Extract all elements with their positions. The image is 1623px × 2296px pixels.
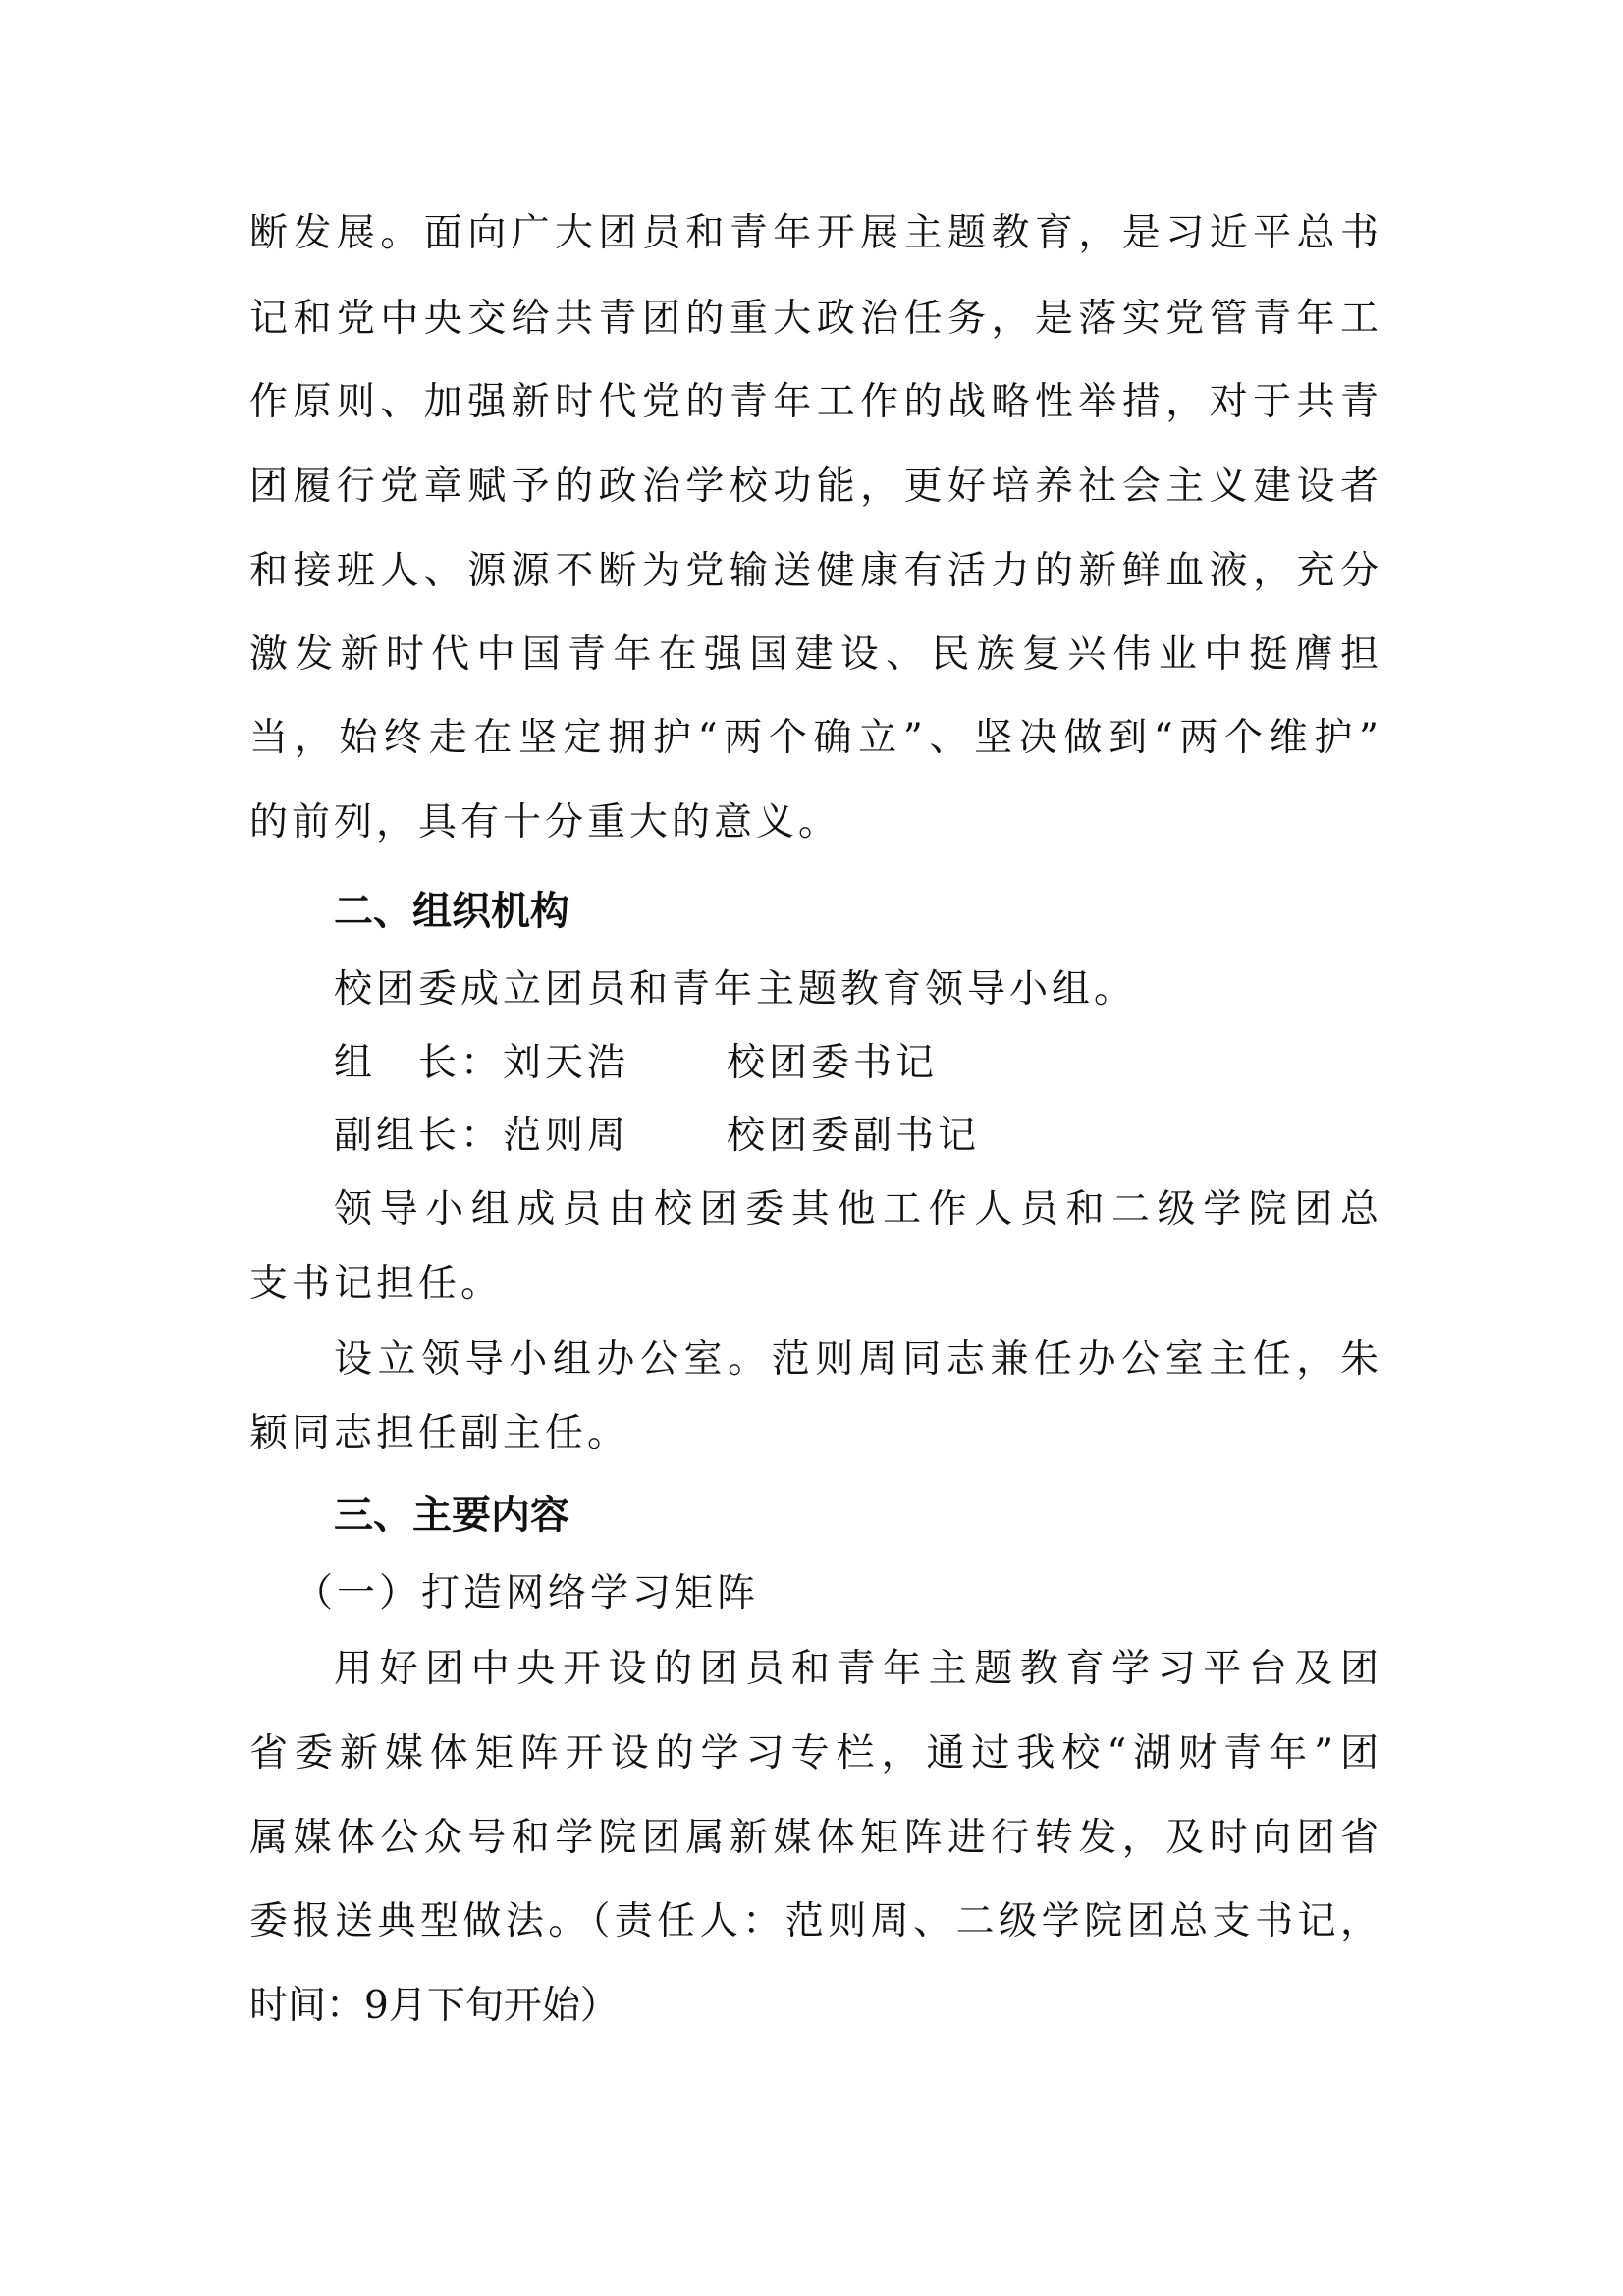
paragraph-line: 省委新媒体矩阵开设的学习专栏，通过我校“湖财青年”团 xyxy=(249,1732,1379,1776)
paragraph-line: 委报送典型做法。（责任人：范则周、二级学院团总支书记， xyxy=(249,1900,1379,1943)
section-heading: 二、组织机构 xyxy=(334,890,1379,933)
paragraph-line: 断发展。面向广大团员和青年开展主题教育，是习近平总书 xyxy=(249,212,1379,255)
deputy-title: 校团委副书记 xyxy=(727,1115,980,1158)
paragraph-line: 领导小组成员由校团委其他工作人员和二级学院团总 xyxy=(334,1188,1379,1231)
paragraph-line: 激发新时代中国青年在强国建设、民族复兴伟业中挺膺担 xyxy=(249,633,1379,677)
subsection-heading: （一）打造网络学习矩阵 xyxy=(295,1572,1424,1615)
paragraph-line: 作原则、加强新时代党的青年工作的战略性举措，对于共青 xyxy=(249,381,1379,424)
paragraph-line: 和接班人、源源不断为党输送健康有活力的新鲜血液，充分 xyxy=(249,550,1379,593)
leader-title: 校团委书记 xyxy=(727,1042,938,1085)
paragraph-line: 属媒体公众号和学院团属新媒体矩阵进行转发，及时向团省 xyxy=(249,1817,1379,1860)
deputy-role: 副组长：范则周 xyxy=(334,1114,629,1158)
deputy-row: 副组长：范则周 校团委副书记 xyxy=(334,1115,1379,1158)
paragraph-line: 当，始终走在坚定拥护“两个确立”、坚决做到“两个维护” xyxy=(249,717,1379,760)
paragraph-line: 团履行党章赋予的政治学校功能，更好培养社会主义建设者 xyxy=(249,465,1379,509)
section-intro: 校团委成立团员和青年主题教育领导小组。 xyxy=(334,968,1379,1011)
paragraph-line: 设立领导小组办公室。范则周同志兼任办公室主任，朱 xyxy=(334,1339,1379,1382)
paragraph-line: 颖同志担任副主任。 xyxy=(249,1412,1379,1455)
paragraph-line: 用好团中央开设的团员和青年主题教育学习平台及团 xyxy=(334,1648,1379,1691)
paragraph-line: 记和党中央交给共青团的重大政治任务，是落实党管青年工 xyxy=(249,298,1379,341)
paragraph-line: 的前列，具有十分重大的意义。 xyxy=(249,801,1379,845)
leader-row: 组 长：刘天浩 校团委书记 xyxy=(334,1042,1379,1085)
section-heading: 三、主要内容 xyxy=(334,1494,1379,1537)
paragraph-line: 时间：9月下旬开始） xyxy=(249,1985,1379,2028)
document-page: 断发展。面向广大团员和青年开展主题教育，是习近平总书 记和党中央交给共青团的重大… xyxy=(0,0,1623,2296)
leader-role: 组 长：刘天浩 xyxy=(334,1041,629,1085)
paragraph-line: 支书记担任。 xyxy=(249,1263,1379,1306)
